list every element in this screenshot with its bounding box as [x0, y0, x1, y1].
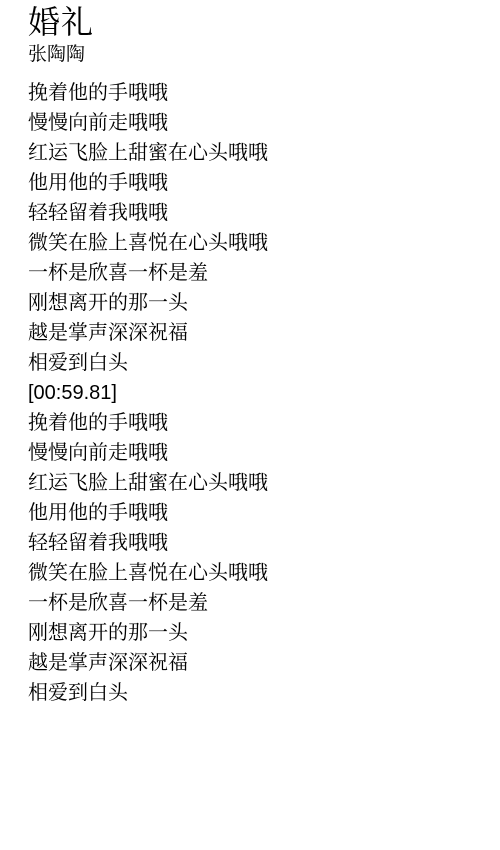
lyric-line: [00:59.81] — [28, 378, 480, 408]
lyric-line: 一杯是欣喜一杯是羞 — [28, 588, 480, 618]
song-title: 婚礼 — [28, 2, 480, 42]
song-artist: 张陶陶 — [28, 43, 480, 67]
lyric-line: 刚想离开的那一头 — [28, 618, 480, 648]
lyric-line: 刚想离开的那一头 — [28, 288, 480, 318]
lyric-line: 挽着他的手哦哦 — [28, 408, 480, 438]
lyric-line: 他用他的手哦哦 — [28, 168, 480, 198]
lyric-line: 慢慢向前走哦哦 — [28, 108, 480, 138]
lyric-line: 他用他的手哦哦 — [28, 498, 480, 528]
lyric-line: 微笑在脸上喜悦在心头哦哦 — [28, 558, 480, 588]
lyric-line: 一杯是欣喜一杯是羞 — [28, 258, 480, 288]
lyric-line: 越是掌声深深祝福 — [28, 648, 480, 678]
lyric-line: 相爱到白头 — [28, 678, 480, 708]
lyrics-page: 婚礼 张陶陶 挽着他的手哦哦 慢慢向前走哦哦 红运飞脸上甜蜜在心头哦哦 他用他的… — [0, 0, 500, 850]
lyric-line: 轻轻留着我哦哦 — [28, 198, 480, 228]
lyric-line: 红运飞脸上甜蜜在心头哦哦 — [28, 468, 480, 498]
lyric-line: 挽着他的手哦哦 — [28, 78, 480, 108]
lyrics-body: 挽着他的手哦哦 慢慢向前走哦哦 红运飞脸上甜蜜在心头哦哦 他用他的手哦哦 轻轻留… — [28, 78, 480, 708]
lyric-line: 慢慢向前走哦哦 — [28, 438, 480, 468]
lyric-line: 红运飞脸上甜蜜在心头哦哦 — [28, 138, 480, 168]
lyric-line: 轻轻留着我哦哦 — [28, 528, 480, 558]
lyric-line: 微笑在脸上喜悦在心头哦哦 — [28, 228, 480, 258]
lyric-line: 相爱到白头 — [28, 348, 480, 378]
lyric-line: 越是掌声深深祝福 — [28, 318, 480, 348]
